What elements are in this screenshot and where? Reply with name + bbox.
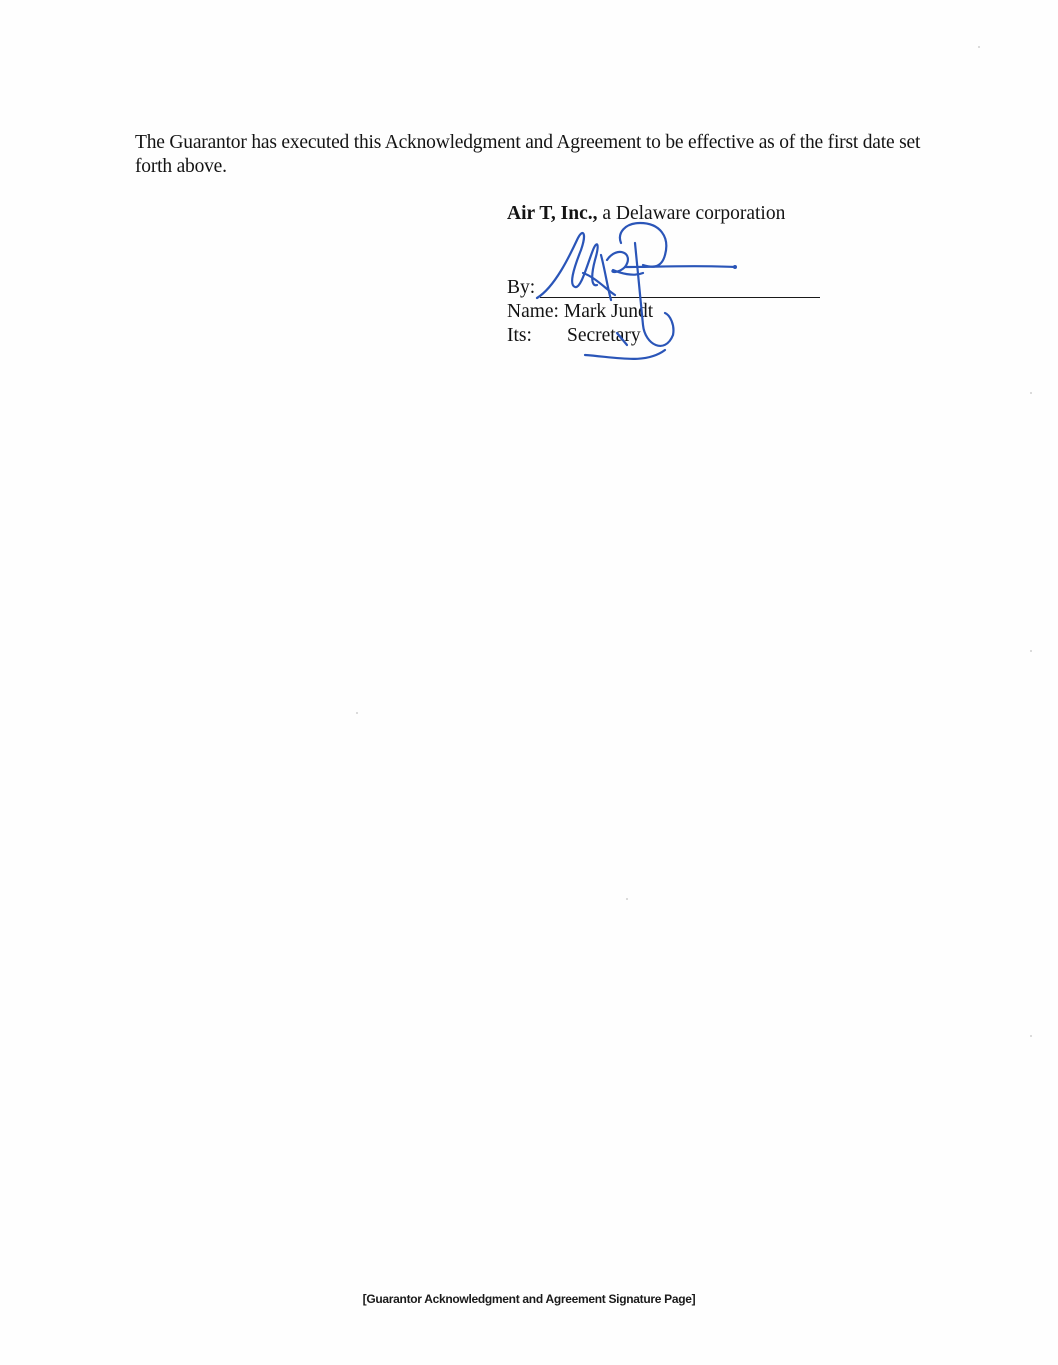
scan-speck: [978, 46, 980, 48]
scan-speck: [1030, 392, 1032, 394]
page-footer: [Guarantor Acknowledgment and Agreement …: [0, 1292, 1058, 1306]
handwritten-signature-icon: [525, 215, 755, 365]
scan-speck: [1030, 650, 1032, 652]
scan-speck: [1030, 1035, 1032, 1037]
scan-speck: [626, 898, 628, 900]
document-page: The Guarantor has executed this Acknowle…: [0, 0, 1058, 1365]
scan-speck: [356, 712, 358, 714]
execution-paragraph: The Guarantor has executed this Acknowle…: [135, 131, 955, 179]
